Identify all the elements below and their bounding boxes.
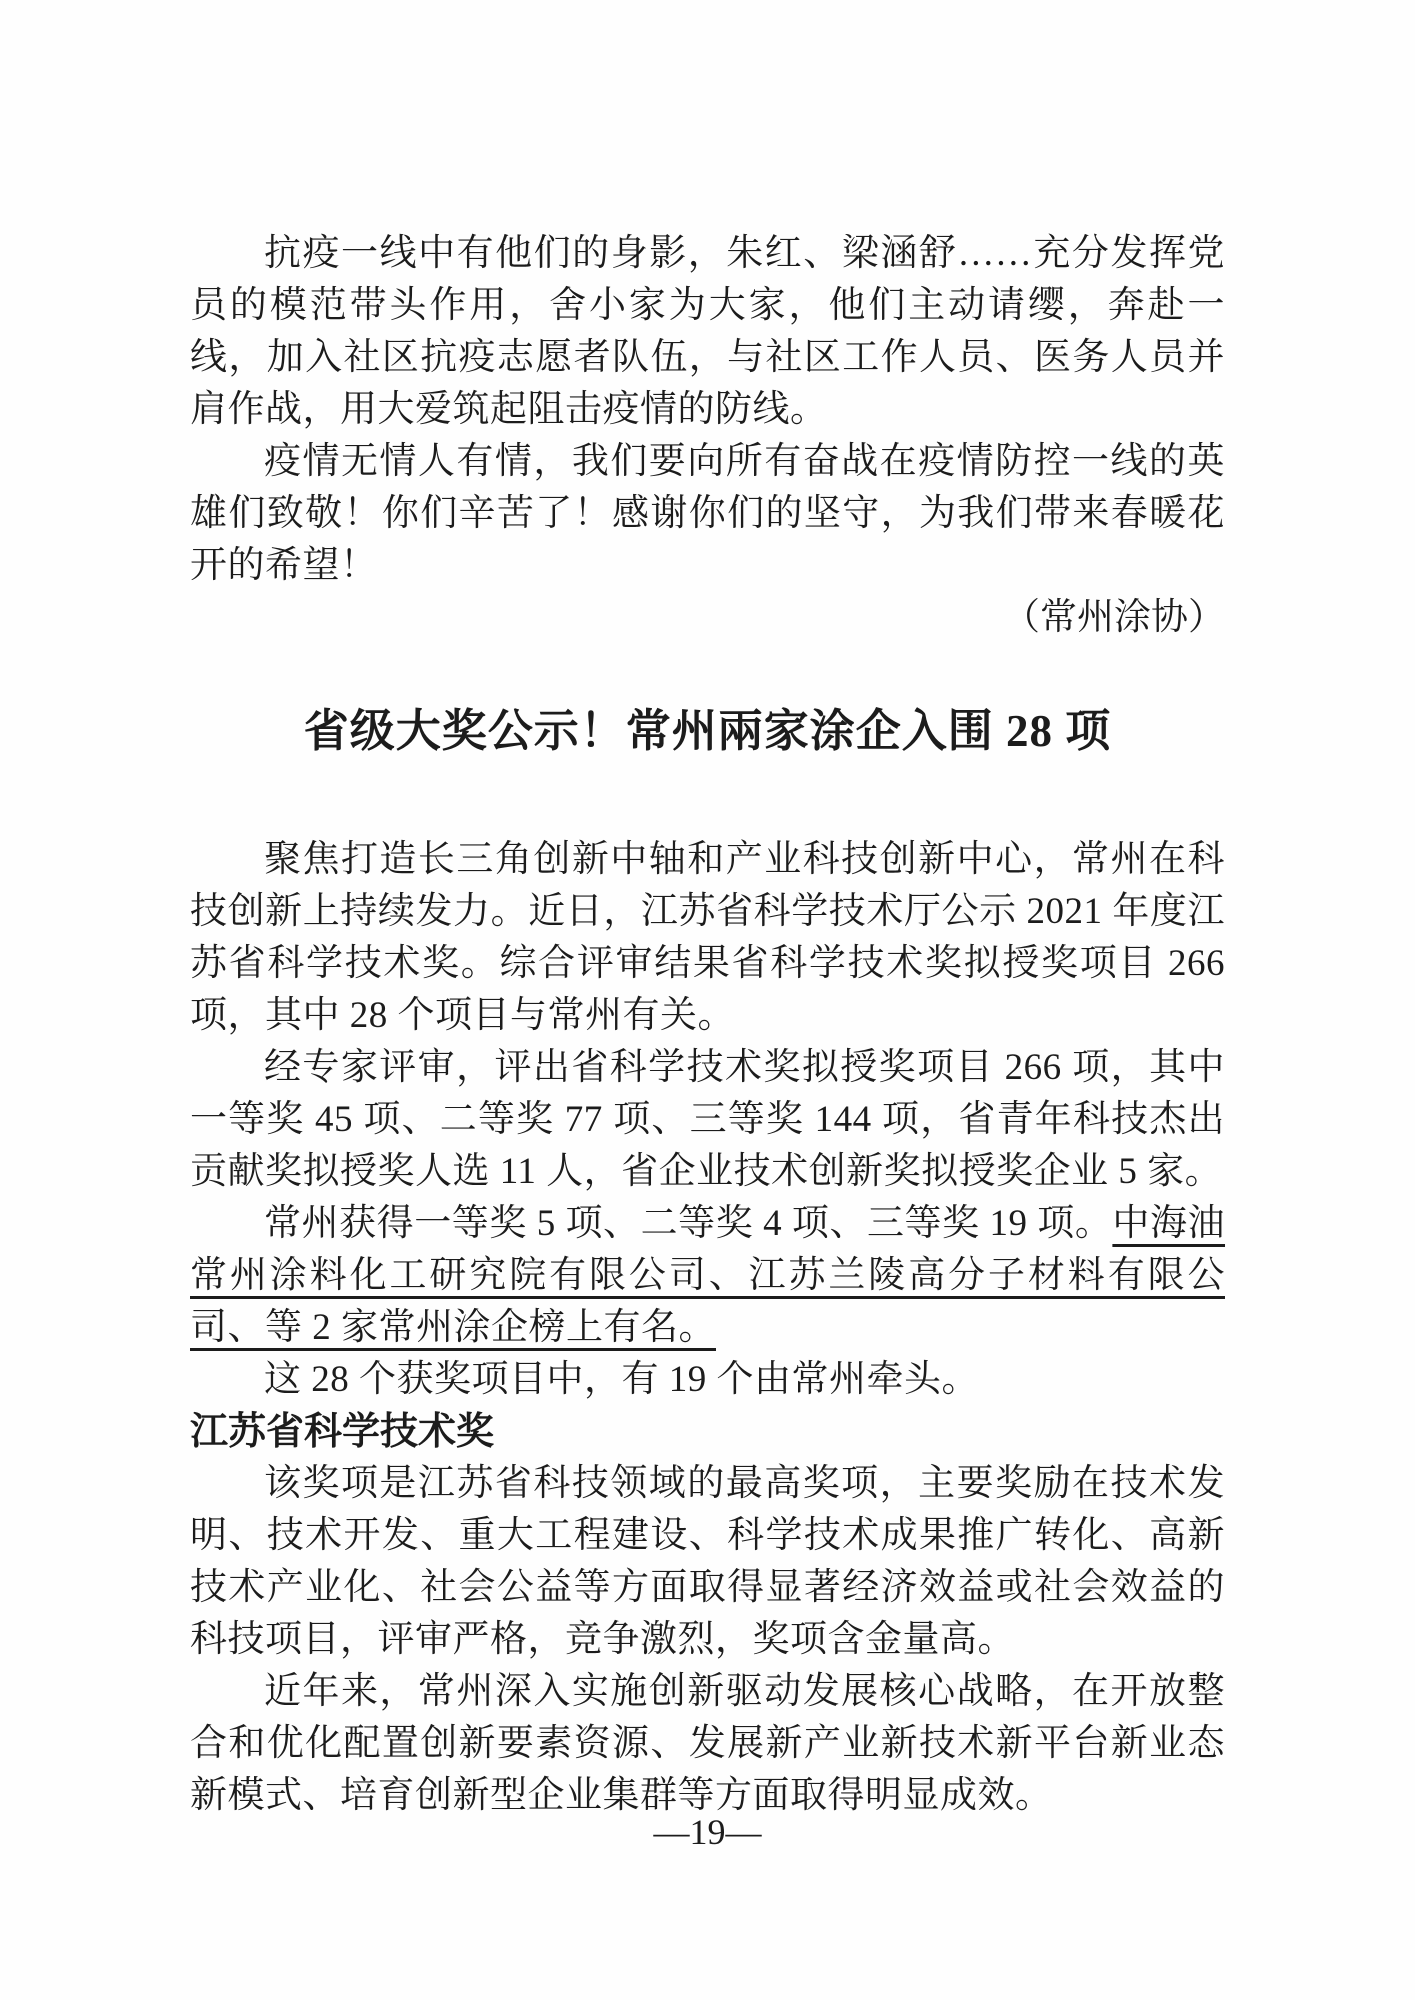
document-page: 抗疫一线中有他们的身影，朱红、梁涵舒……充分发挥党员的模范带头作用，舍小家为大家…	[0, 0, 1415, 2000]
paragraph-lead-count: 这 28 个获奖项目中，有 19 个由常州牵头。	[190, 1354, 1225, 1406]
paragraph-expert-review: 经专家评审，评出省科学技术奖拟授奖项目 266 项，其中一等奖 45 项、二等奖…	[190, 1042, 1225, 1198]
paragraph-award-description: 该奖项是江苏省科技领域的最高奖项，主要奖励在技术发明、技术开发、重大工程建设、科…	[190, 1458, 1225, 1666]
paragraph-recent-years: 近年来，常州深入实施创新驱动发展核心战略，在开放整合和优化配置创新要素资源、发展…	[190, 1666, 1225, 1822]
paragraph-antiepidemic-heroes: 抗疫一线中有他们的身影，朱红、梁涵舒……充分发挥党员的模范带头作用，舍小家为大家…	[190, 228, 1225, 436]
article-signature: （常州涂协）	[190, 592, 1225, 644]
page-content: 抗疫一线中有他们的身影，朱红、梁涵舒……充分发挥党员的模范带头作用，舍小家为大家…	[190, 228, 1225, 1822]
subheading-jiangsu-award: 江苏省科学技术奖	[190, 1406, 1225, 1458]
article-title: 省级大奖公示！常州兩家涂企入围 28 项	[190, 700, 1225, 762]
paragraph-changzhou-awards: 常州获得一等奖 5 项、二等奖 4 项、三等奖 19 项。中海油常州涂料化工研究…	[190, 1198, 1225, 1354]
changzhou-awards-plain-text: 常州获得一等奖 5 项、二等奖 4 项、三等奖 19 项。	[264, 1203, 1112, 1244]
page-number: —19—	[0, 1808, 1415, 1856]
paragraph-tribute: 疫情无情人有情，我们要向所有奋战在疫情防控一线的英雄们致敬！你们辛苦了！感谢你们…	[190, 436, 1225, 592]
paragraph-intro: 聚焦打造长三角创新中轴和产业科技创新中心，常州在科技创新上持续发力。近日，江苏省…	[190, 834, 1225, 1042]
